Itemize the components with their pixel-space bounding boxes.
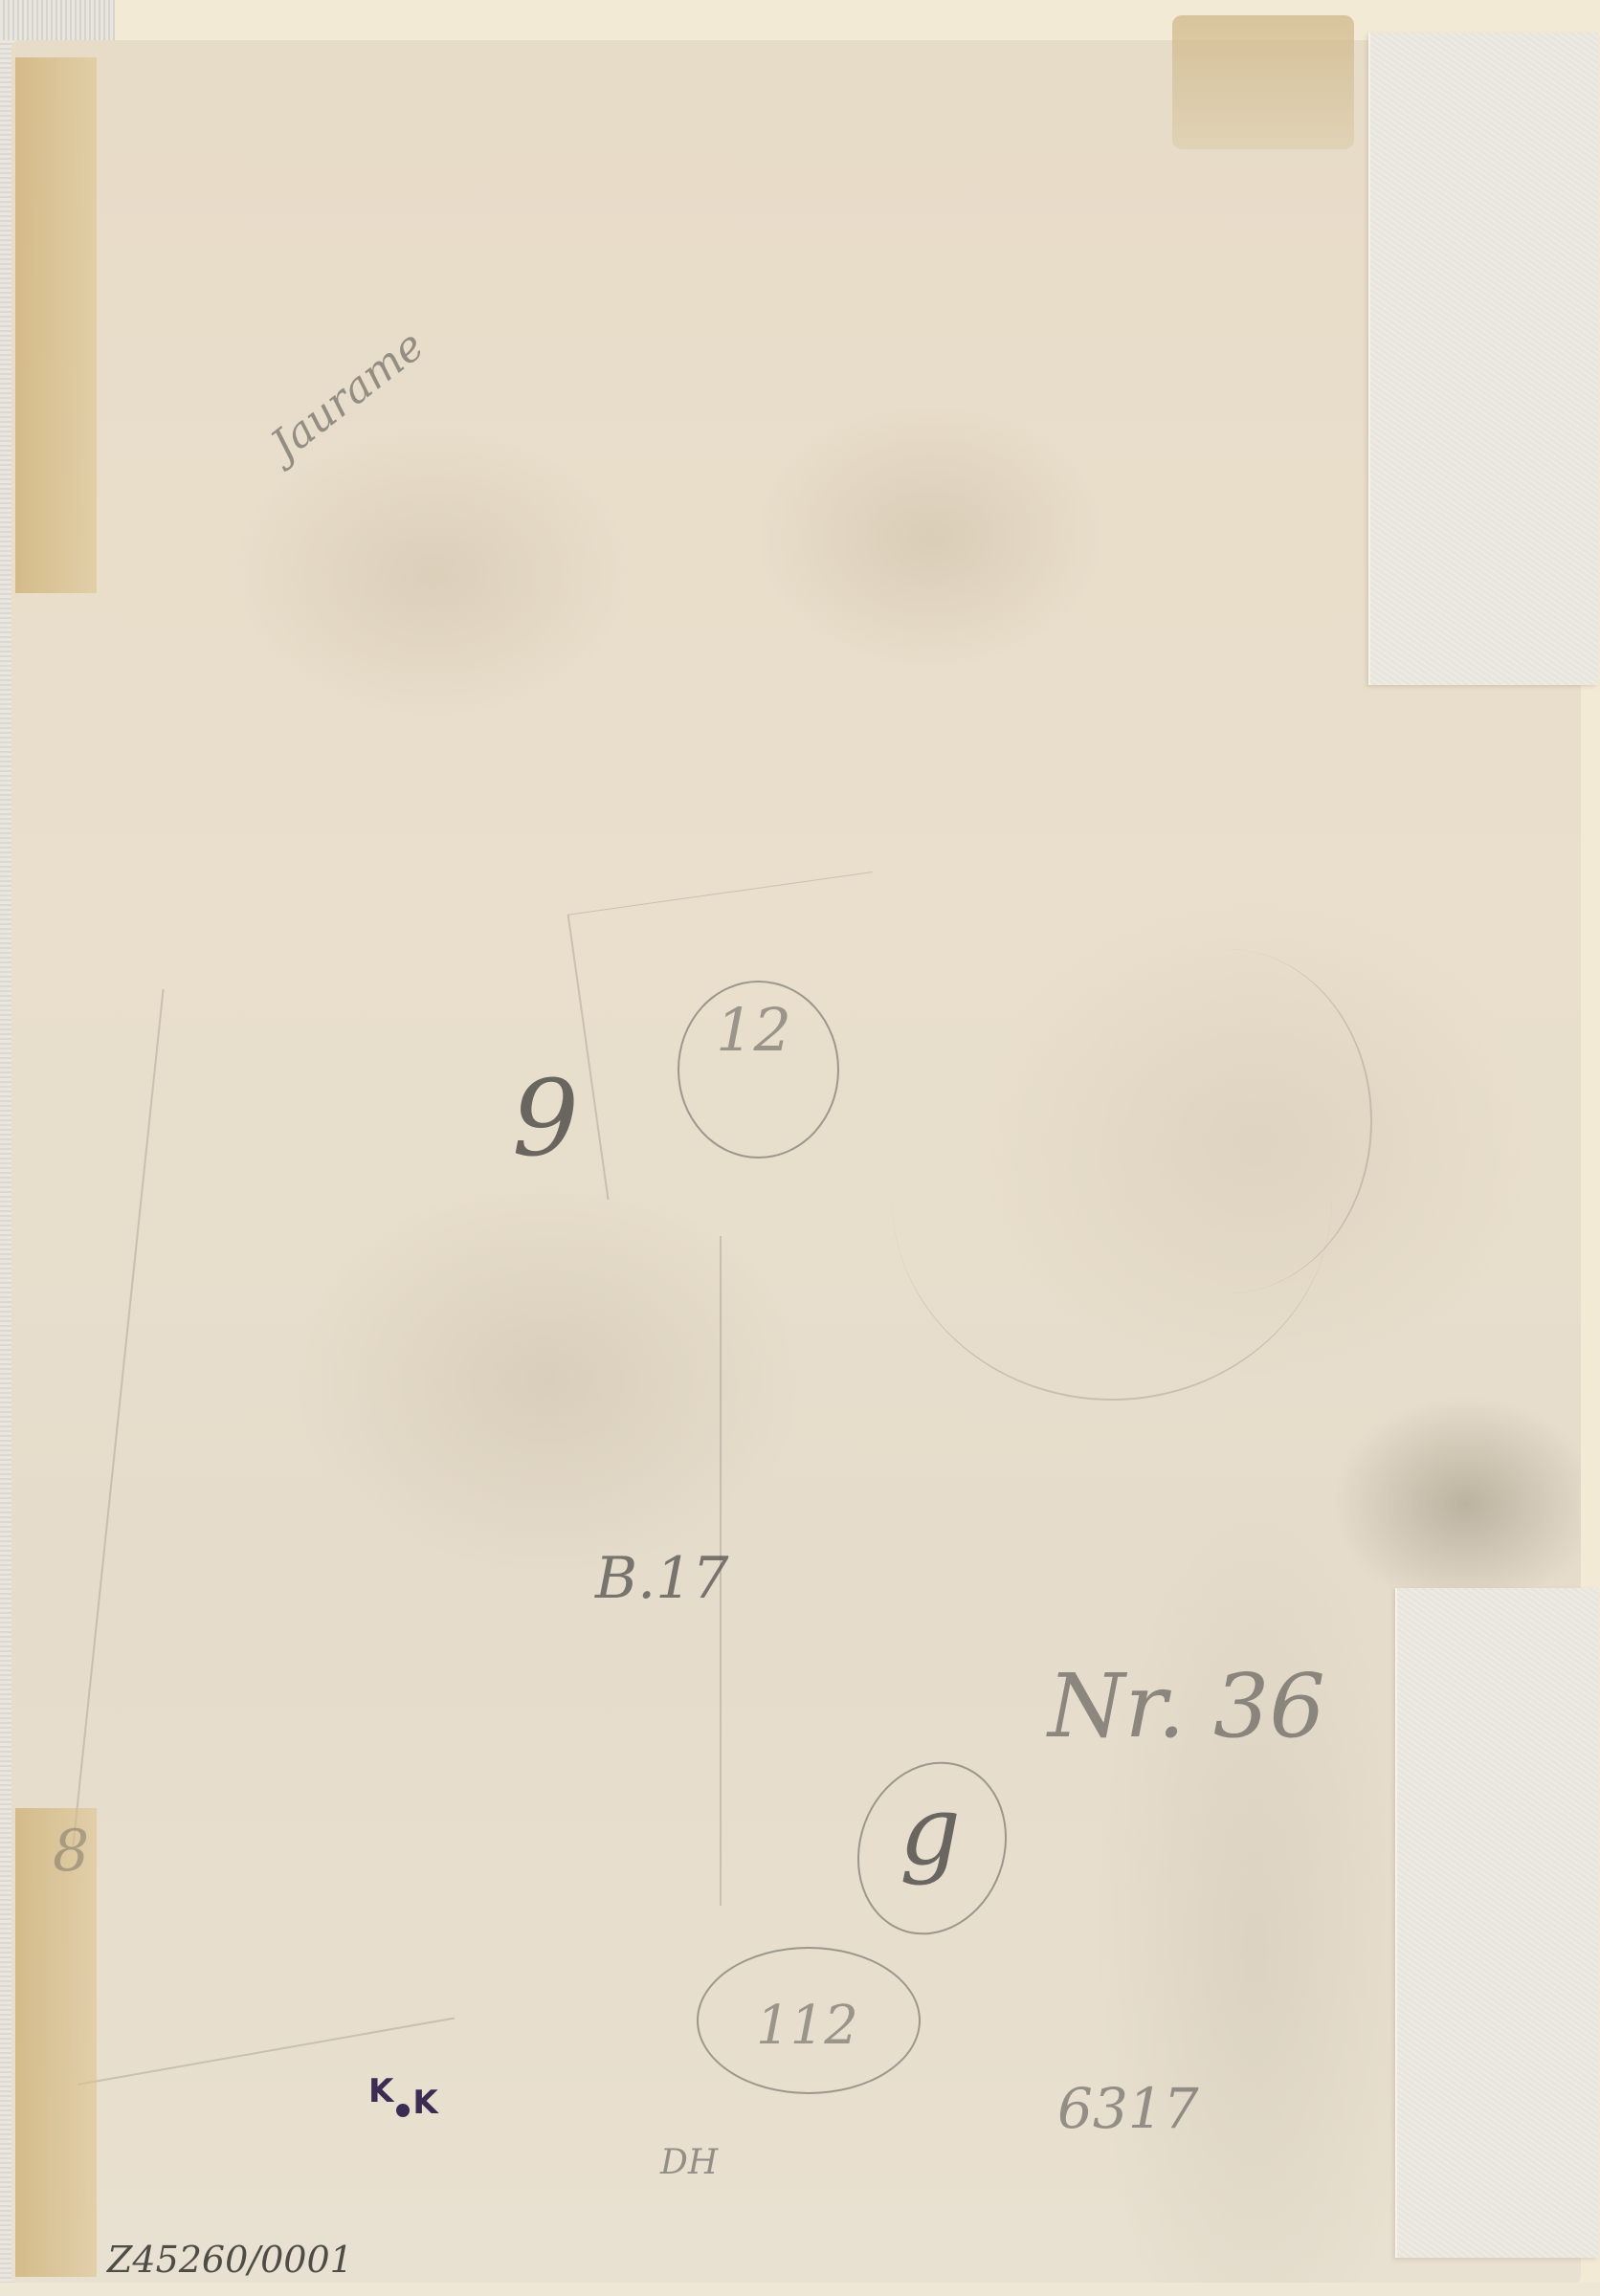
mount-bottom-edge	[0, 2283, 1600, 2296]
paper-hinge-left-top	[15, 57, 97, 593]
stamp-letter-left: K	[368, 2072, 393, 2110]
inscription-nr-number: Nr. 36	[1048, 1655, 1325, 1757]
stamp-letter-right: K	[412, 2084, 437, 2122]
inscription-oval-number: 112	[756, 1995, 858, 2057]
inscription-initials: DH	[660, 2143, 718, 2182]
inscription-lower-number: 6317	[1057, 2076, 1199, 2141]
collector-stamp-kk: KK	[368, 2084, 438, 2122]
faint-sketch-line	[73, 989, 355, 1865]
inscription-circled-g: g	[900, 1775, 961, 1887]
paper-hinge-top-right	[1172, 15, 1354, 149]
linen-hinge-top	[0, 0, 115, 40]
stamp-dot	[396, 2104, 410, 2117]
inscription-b-number: B.17	[595, 1545, 729, 1612]
faint-sketch-line	[892, 997, 1332, 1401]
inscription-nine: 9	[512, 1057, 579, 1180]
japanese-tissue-tape-bottom	[1395, 1588, 1598, 2258]
faint-sketch-line	[78, 2018, 481, 2237]
inscription-margin-mark: 8	[53, 1818, 89, 1885]
inscription-circled-twelve: 12	[716, 995, 791, 1065]
inventory-number: Z45260/0001	[107, 2239, 353, 2281]
japanese-tissue-tape-top	[1368, 33, 1598, 685]
